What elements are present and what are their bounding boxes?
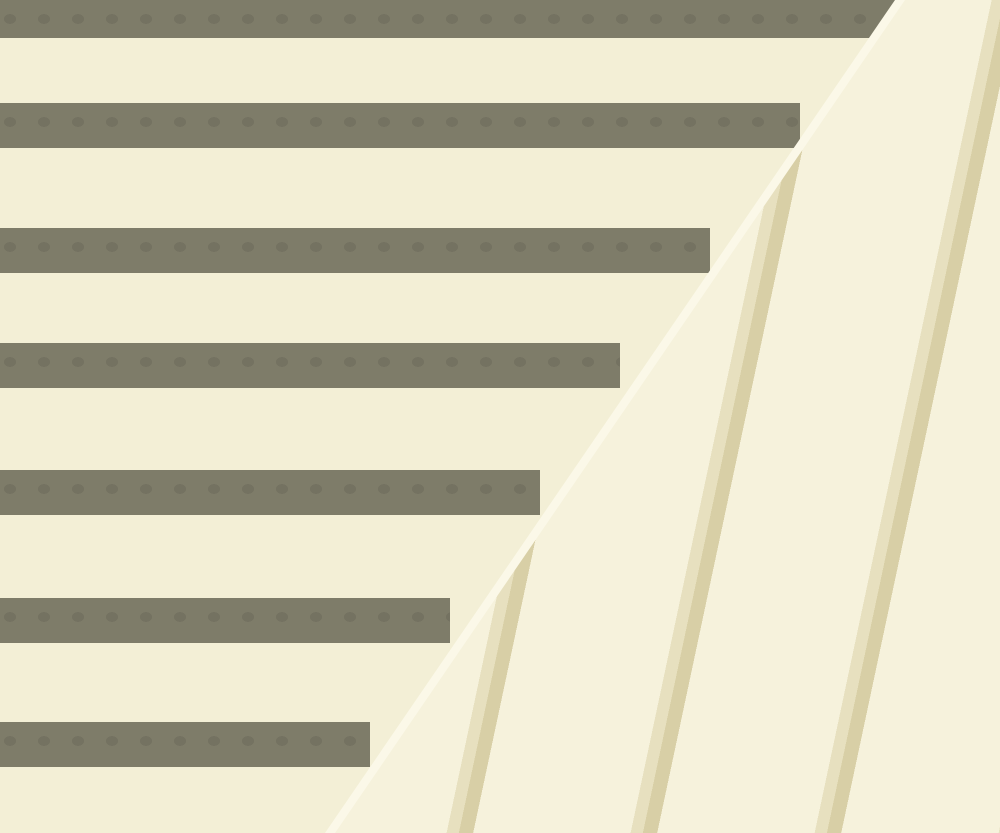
open-work-stripe — [0, 722, 370, 767]
open-work-stripe — [0, 103, 800, 148]
open-work-stripe — [0, 228, 710, 273]
open-work-stripe — [0, 343, 620, 388]
open-work-stripe — [0, 470, 540, 515]
lace-fabric-photo — [0, 0, 1000, 833]
open-work-stripe — [0, 598, 450, 643]
open-work-stripe — [0, 0, 900, 38]
